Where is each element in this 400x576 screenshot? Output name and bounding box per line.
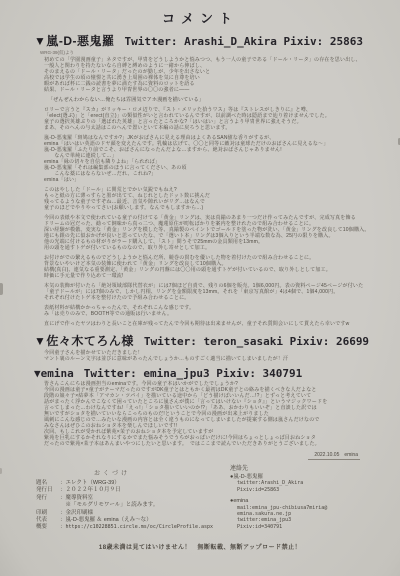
colophon-label: 概要 [36,524,60,531]
colophon-label: 印刷 [36,510,60,517]
date-text: 2022.10.05 emina [308,452,360,460]
emina-paragraph: 皆さんこんにちは漫画担当のeminaです。今回の童子本はいかがでしたでしょうか?… [44,381,388,447]
colophon-label: 発行日 [36,487,60,494]
colophon-value: 嵐-D-悪鬼羅 ＆ emina（えみ～な） [66,517,152,524]
colophon-value: ※「モルグリモワール」と読みます。 [66,502,159,509]
colophon-row-printer: 印刷 ：金沢印刷様 [36,510,213,517]
contact-entry-arashi: ●嵐-D-悪鬼羅 twitter:Arashi_D_Akira Pixiv:id… [230,474,327,493]
contact-entry-emina: ●emina mail:emina_jpu-chibiusa7miria@ em… [230,498,327,530]
author-name-emina: ▼emina [34,367,74,380]
contacts-block: 連絡先 ●嵐-D-悪鬼羅 twitter:Arashi_D_Akira Pixi… [230,466,327,535]
colophon-row-title: 題名 ：エレクト（WRG-39） [36,480,213,487]
page-title: コメント [0,0,400,27]
arashi-paragraph-8: 本気の装飾が付いたら「絶対領域部隊代替衣が」には7個ほど自責で、残りの6個を販売… [44,283,388,301]
scan-smudge [0,468,2,474]
author-contact-emina: Twitter: emina_jpu3 Pixiv: 340791 [84,367,303,380]
teron-paragraph: 今回童子さんを描かせていただきました！ マント裏のルーン文字は並びに意味があった… [44,350,388,362]
colophon-block: おくづけ 題名 ：エレクト（WRG-39） 発行日：２０２２年１０月９日 発行 … [0,464,400,568]
colophon-label: 発行 [36,495,60,502]
section-heading-arashi: ▼嵐-D-悪鬼羅 Twitter: Arashi_D_Akira Pixiv: … [34,32,390,49]
colophon-label [36,502,60,509]
scan-smudge [0,283,3,295]
colophon-row-circle-url: 概要 ：https://c10228851.circle.ms/oc/Circl… [36,524,213,531]
author-contact-teron: Twitter: teron_sasaki Pixiv: 26699 [144,335,369,348]
colophon-row-reading-note: ※「モルグリモワール」と読みます。 [36,502,213,509]
age-restriction-warning: 18歳未満は見てはいけません！ 無断転載、無断アップロード禁止！ [0,542,400,551]
colophon-row-representatives: 代表 ：嵐-D-悪鬼羅 ＆ emina（えみ～な） [36,517,213,524]
circle-profile-url: https://c10228851.circle.ms/oc/CirclePro… [66,524,214,531]
arashi-paragraph-5: このはやしした「ドール」に関荒とでかい気鋭でもねえ? もっと紙の方に薄っすらと墨… [44,187,388,211]
colophon-table: 題名 ：エレクト（WRG-39） 発行日：２０２２年１０月９日 発行 ：魔導資料… [36,480,213,532]
arashi-paragraph-2-quote: 「ぜんぜんわからない…俺たちは雰囲気でアホ漫画を描いている」 [48,97,388,103]
section-heading-emina: ▼emina Twitter: emina_jpu3 Pixiv: 340791 [34,367,390,380]
arashi-paragraph-9: 表紙材料が結構かかっちゃったんで、それぞれこんな感じです。 み「は売りのみで、B… [44,305,388,317]
arashi-paragraph-6: 今回の表紙や本文で使われている童子の付けてる「黄金」リングは、実は真鍮のあまり一… [44,215,388,251]
section-heading-teron: ▼佐々木てろん様 Twitter: teron_sasaki Pixiv: 26… [34,332,390,349]
contact-name: ●嵐-D-悪鬼羅 [230,474,327,481]
contacts-heading: 連絡先 [230,466,327,473]
contact-name: ●emina [230,498,327,505]
arashi-paragraph-1: 初めての「学園漫画童子」ネタですが、甲冑をどうしようかと悩みつつ、もう一人の童子… [44,57,388,93]
arashi-paragraph-4-dialogue: 嵐-D-悪鬼羅「斑鳩はなんですか?」JKがおばさんに見える理由はよくあるSAN値… [44,135,388,183]
emina-date-signature: 2022.10.05 emina [0,451,360,458]
author-name-teron: ▼佐々木てろん様 [34,332,134,349]
arashi-paragraph-10: 直にげで作ったヤツはわりと長いこと在庫が残ってたんで今回も期待は出来ませんが、童… [44,321,388,327]
arashi-paragraph-7: お付けがでの繁えるものでどうしようかと悩んだ所、競巻の貫むを優いした物を着付けた… [44,255,388,279]
colophon-value: ２０２２年１０月９日 [66,487,121,494]
author-contact-arashi: Twitter: Arashi_D_Akira Pixiv: 25863 [125,35,363,48]
author-name-arashi: ▼嵐-D-悪鬼羅 [34,32,115,49]
contact-details: mail:emina_jpu-chibiusa7miria@ emina.sak… [237,505,327,531]
arashi-subtitle-note: WRG-39(仮)より [40,50,400,56]
colophon-row-pubdate: 発行日：２０２２年１０月９日 [36,487,213,494]
contact-details: twitter:Arashi_D_Akira Pixiv:id=25863 [237,480,327,493]
scanned-afterword-page: コメント ▼嵐-D-悪鬼羅 Twitter: Arashi_D_Akira Pi… [0,0,400,576]
colophon-value: 金沢印刷様 [66,510,94,517]
colophon-heading: おくづけ [94,468,130,477]
arashi-paragraph-3: ロリーで言うと『スカ』がリッキー・ロメ辺りで、『スト・メリッた拾うワス』等は『ス… [44,107,388,131]
